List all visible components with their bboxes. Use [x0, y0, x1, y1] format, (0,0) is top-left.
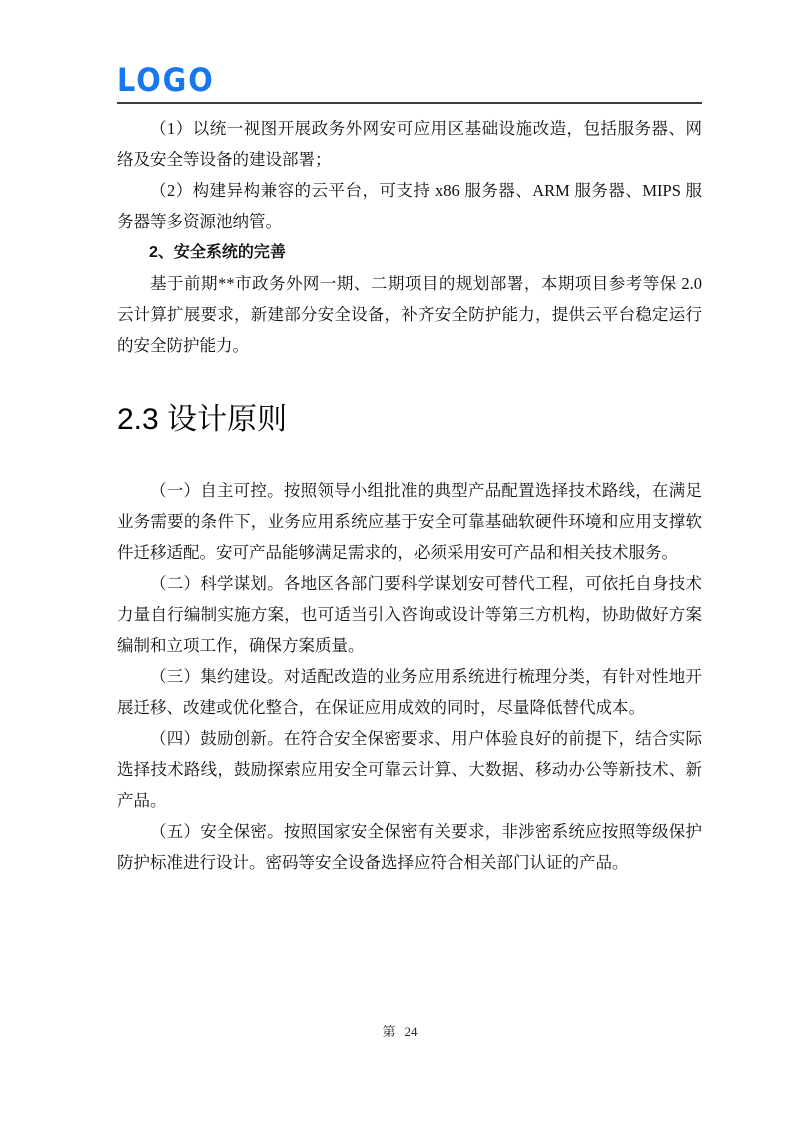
- page-footer: 第24: [0, 1021, 800, 1040]
- paragraph-2: （2）构建异构兼容的云平台，可支持 x86 服务器、ARM 服务器、MIPS 服…: [117, 175, 702, 237]
- logo: LOGO: [117, 62, 702, 98]
- document-page: LOGO （1）以统一视图开展政务外网安可应用区基础设施改造，包括服务器、网络及…: [0, 0, 800, 1132]
- document-content: （1）以统一视图开展政务外网安可应用区基础设施改造，包括服务器、网络及安全等设备…: [117, 113, 702, 878]
- page-header: LOGO: [117, 62, 702, 112]
- section-heading-design-principles: 2.3 设计原则: [117, 398, 702, 442]
- footer-label: 第: [382, 1024, 395, 1039]
- paragraph-principle-3: （三）集约建设。对适配改造的业务应用系统进行梳理分类，有针对性地开展迁移、改建或…: [117, 661, 702, 723]
- paragraph-principle-5: （五）安全保密。按照国家安全保密有关要求，非涉密系统应按照等级保护防护标准进行设…: [117, 816, 702, 878]
- header-rule: [117, 102, 702, 104]
- footer-page-number: 24: [405, 1024, 418, 1039]
- paragraph-3: 基于前期**市政务外网一期、二期项目的规划部署，本期项目参考等保 2.0 云计算…: [117, 268, 702, 361]
- paragraph-principle-2: （二）科学谋划。各地区各部门要科学谋划安可替代工程，可依托自身技术力量自行编制实…: [117, 568, 702, 661]
- paragraph-1: （1）以统一视图开展政务外网安可应用区基础设施改造，包括服务器、网络及安全等设备…: [117, 113, 702, 175]
- sub-heading-security-system: 2、安全系统的完善: [117, 237, 702, 268]
- paragraph-principle-4: （四）鼓励创新。在符合安全保密要求、用户体验良好的前提下，结合实际选择技术路线，…: [117, 723, 702, 816]
- paragraph-principle-1: （一）自主可控。按照领导小组批准的典型产品配置选择技术路线，在满足业务需要的条件…: [117, 475, 702, 568]
